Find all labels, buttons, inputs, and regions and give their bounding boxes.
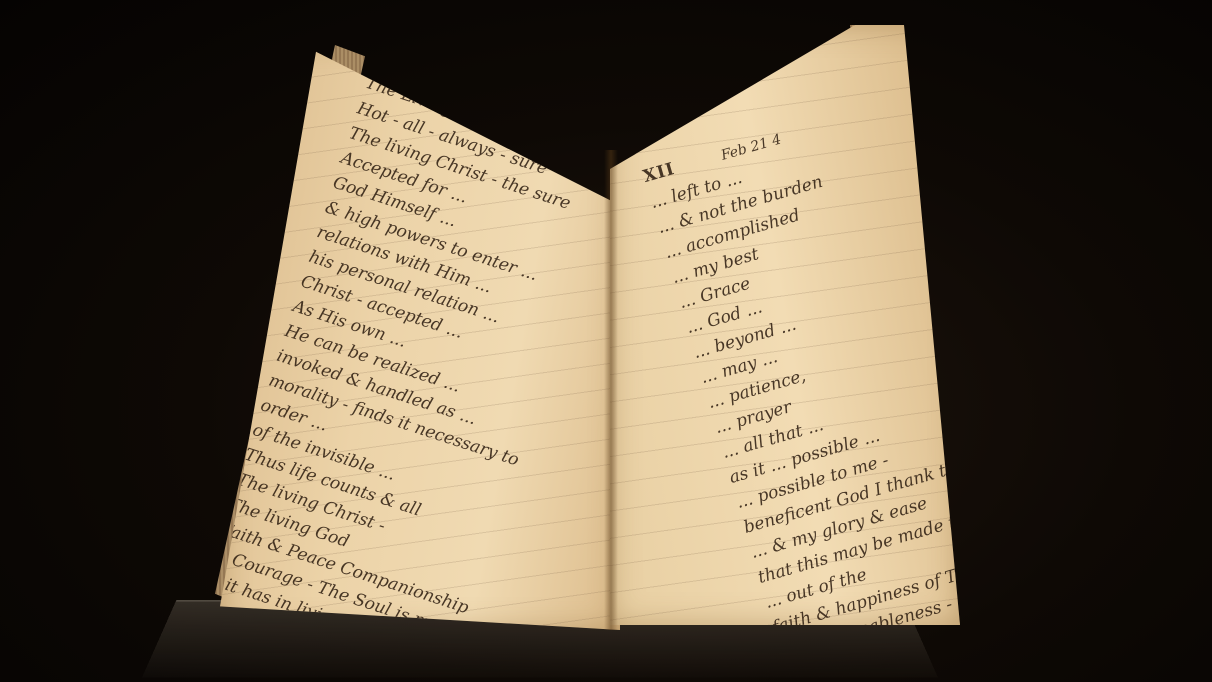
left-date: Jan 25 (541, 134, 589, 163)
photo-scene: The Living God XI Jan 25 Hot - all - alw… (0, 0, 1212, 682)
book-gutter (604, 150, 618, 630)
open-journal: The Living God XI Jan 25 Hot - all - alw… (0, 0, 1212, 682)
right-page: XII Feb 21 4 ... left to ... ... & not t… (610, 25, 960, 625)
left-page: The Living God XI Jan 25 Hot - all - alw… (220, 40, 620, 630)
left-chapter-numeral: XI (503, 118, 531, 144)
